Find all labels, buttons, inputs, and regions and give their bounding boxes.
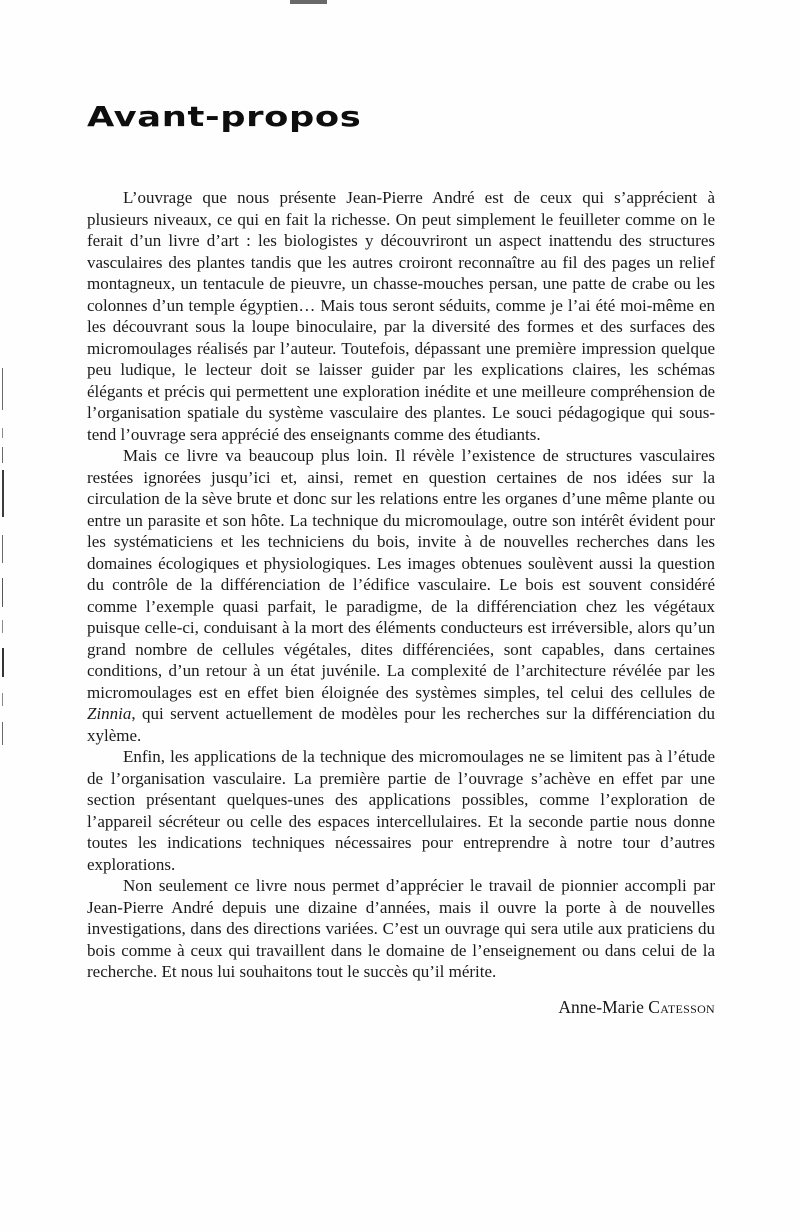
scan-dash (2, 447, 3, 463)
scan-dash (2, 722, 3, 745)
body-text: L’ouvrage que nous présente Jean-Pierre … (87, 187, 715, 1018)
author-given-name: Anne-Marie (558, 997, 648, 1017)
scan-dash (2, 428, 3, 438)
paragraph-4-text: Non seulement ce livre nous permet d’app… (87, 876, 715, 981)
author-signature: Anne-Marie Catesson (87, 997, 715, 1019)
paragraph-2-text: Mais ce livre va beaucoup plus loin. Il … (87, 446, 715, 702)
species-name-zinnia: Zinnia (87, 704, 131, 723)
paragraph-1: L’ouvrage que nous présente Jean-Pierre … (87, 187, 715, 445)
scan-dash (2, 578, 3, 607)
paragraph-3-text: Enfin, les applications de la technique … (87, 747, 715, 874)
scan-artifact-top-mark (290, 0, 327, 4)
scan-dash (2, 648, 4, 677)
paragraph-3: Enfin, les applications de la technique … (87, 746, 715, 875)
paragraph-2-text-continued: , qui servent actuellement de modèles po… (87, 704, 715, 745)
foreword-content: Avant-propos L’ouvrage que nous présente… (87, 104, 715, 1018)
paragraph-4: Non seulement ce livre nous permet d’app… (87, 875, 715, 983)
scan-dash (2, 693, 3, 706)
scan-dash (2, 368, 3, 410)
scan-dash (2, 535, 3, 563)
page-title: Avant-propos (87, 104, 715, 132)
author-surname: Catesson (648, 997, 715, 1017)
scan-dash (2, 620, 3, 633)
book-page: Avant-propos L’ouvrage que nous présente… (0, 0, 800, 1231)
paragraph-2: Mais ce livre va beaucoup plus loin. Il … (87, 445, 715, 746)
page-title-text: Avant-propos (87, 104, 361, 130)
paragraph-1-text: L’ouvrage que nous présente Jean-Pierre … (87, 188, 715, 444)
scan-dash (2, 470, 4, 517)
